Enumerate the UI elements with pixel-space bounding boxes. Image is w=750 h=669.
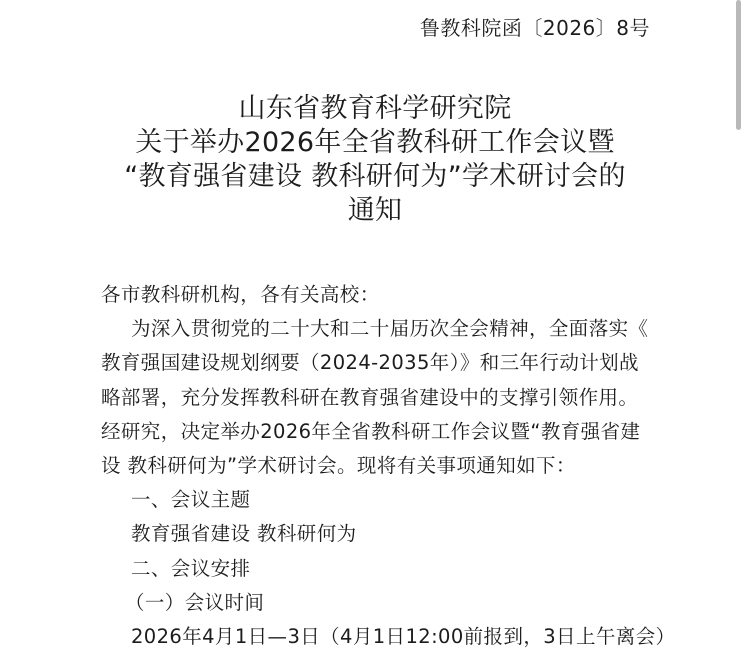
theme-text: 教育强省建设 教科研何为 [101, 517, 661, 551]
section-heading-arrangement: 二、会议安排 [101, 552, 661, 586]
title-line-notice: 通知 [0, 194, 750, 228]
paragraph-line: 略部署，充分发挥教科研在教育强省建设中的支撑引领作用。 [101, 381, 661, 415]
meeting-time-text: 2026年4月1日—3日（4月1日12:00前报到，3日上午离会） [101, 620, 661, 654]
paragraph-line: 教育强国建设规划纲要（2024-2035年）》和三年行动计划战 [101, 346, 661, 380]
document-title: 山东省教育科学研究院 关于举办2026年全省教科研工作会议暨 “教育强省建设 教… [0, 92, 750, 228]
salutation: 各市教科研机构，各有关高校： [101, 278, 661, 312]
title-line-seminar: “教育强省建设 教科研何为”学术研讨会的 [0, 160, 750, 194]
vertical-scrollbar[interactable] [736, 0, 741, 130]
title-line-subject: 关于举办2026年全省教科研工作会议暨 [0, 126, 750, 160]
paragraph-line: 设 教科研何为”学术研讨会。现将有关事项通知如下： [101, 449, 661, 483]
paragraph-line: 经研究，决定举办2026年全省教科研工作会议暨“教育强省建 [101, 415, 661, 449]
subsection-heading-time: （一）会议时间 [101, 586, 661, 620]
document-body: 各市教科研机构，各有关高校： 为深入贯彻党的二十大和二十届历次全会精神，全面落实… [101, 278, 661, 654]
title-line-institution: 山东省教育科学研究院 [0, 92, 750, 126]
paragraph-line: 为深入贯彻党的二十大和二十届历次全会精神，全面落实《 [101, 312, 661, 346]
document-number: 鲁教科院函〔2026〕8号 [420, 12, 650, 41]
section-heading-theme: 一、会议主题 [101, 483, 661, 517]
